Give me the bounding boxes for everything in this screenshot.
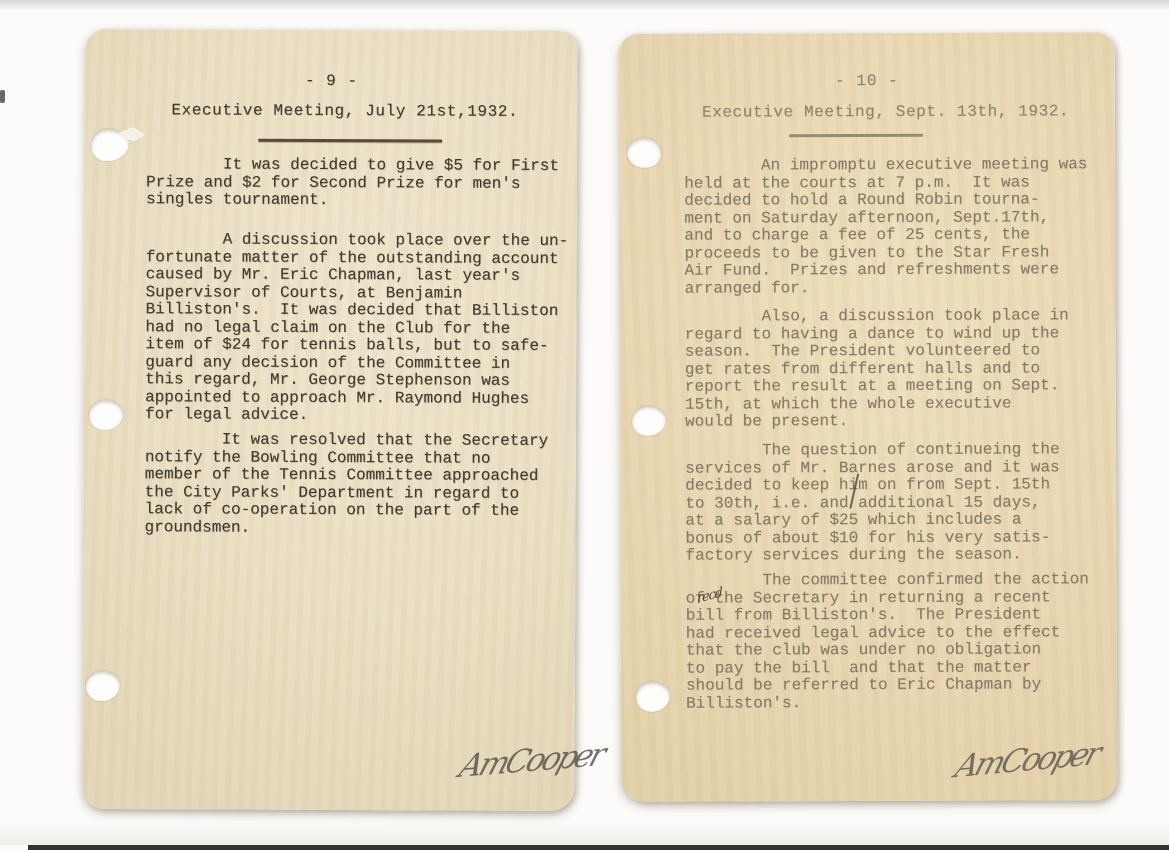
punch-hole [632,406,666,436]
punch-hole [636,682,670,712]
paragraph-prizes: It was decided to give $5 for First Priz… [146,156,559,210]
page-number: - 9 - [85,71,577,91]
page-number: - 10 - [619,71,1115,91]
meeting-heading: Executive Meeting, Sept. 13th, 1932. [702,102,1069,121]
heading-underline [789,134,923,137]
scanned-document: - 9 - Executive Meeting, July 21st,1932.… [0,0,1169,850]
paragraph-bowling-committee: It was resolved that the Secretary notif… [144,431,548,538]
scanner-edge-top [0,0,1169,10]
paragraph-dance: Also, a discussion took place in regard … [685,307,1069,431]
signature: AmCooper [951,735,1103,785]
punch-hole [89,400,123,430]
punch-hole [86,671,120,701]
paper-tear [119,127,145,141]
paragraph-bill-returned: The committee confirmed the action of th… [686,571,1090,712]
minutes-page-10: - 10 - Executive Meeting, Sept. 13th, 19… [619,32,1118,802]
paragraph-billiston-account: A discussion took place over the un- for… [145,231,568,425]
paragraph-barnes-services: The question of continueing the services… [685,441,1060,565]
meeting-heading: Executive Meeting, July 21st,1932. [171,101,518,121]
scanner-edge-bottom [28,845,1169,850]
punch-hole [627,138,661,168]
scan-artifact-mark [0,90,5,103]
heading-underline [258,139,442,143]
minutes-page-9: - 9 - Executive Meeting, July 21st,1932.… [82,29,577,811]
scanner-edge-bottom-band [0,821,1169,845]
signature: AmCooper [455,736,608,785]
paragraph-round-robin: An impromptu executive meeting was held … [684,156,1088,297]
